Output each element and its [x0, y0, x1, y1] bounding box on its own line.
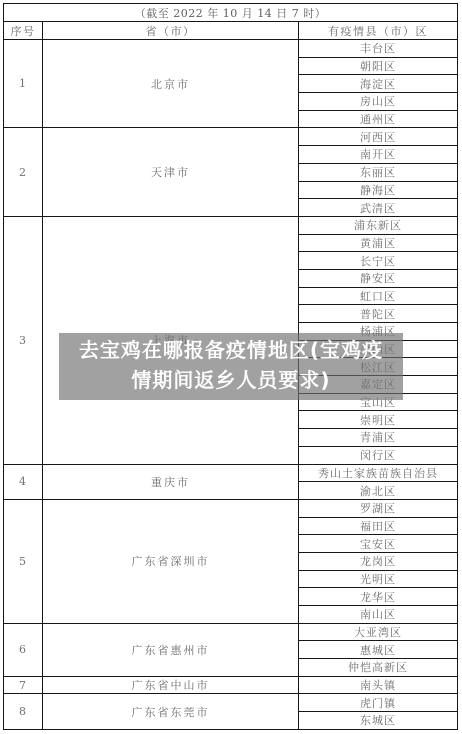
district-cell: 崇明区 [299, 411, 457, 428]
district-cell: 普陀区 [299, 305, 457, 322]
district-cell: 通州区 [299, 111, 457, 128]
district-cell: 南开区 [299, 146, 457, 163]
district-cell: 武清区 [299, 199, 457, 216]
province-cell: 北京市 [43, 40, 298, 127]
province-cell: 广东省惠州市 [43, 624, 298, 676]
header-seq: 序号 [4, 22, 42, 39]
district-cell: 静海区 [299, 182, 457, 199]
header-province: 省（市） [43, 22, 298, 39]
district-cell: 朝阳区 [299, 58, 457, 75]
article-title-overlay: 去宝鸡在哪报备疫情地区(宝鸡疫 情期间返乡人员要求) [59, 333, 403, 400]
district-cell: 青浦区 [299, 429, 457, 446]
overlay-title-line-2: 情期间返乡人员要求) [59, 365, 403, 395]
seq-cell: 3 [4, 217, 42, 464]
header-districts: 有疫情县（市）区 [299, 22, 457, 39]
district-cell: 秀山土家族苗族自治县 [299, 465, 457, 482]
seq-cell: 6 [4, 624, 42, 676]
province-cell: 广东省中山市 [43, 677, 298, 694]
district-cell: 渝北区 [299, 482, 457, 499]
district-cell: 东丽区 [299, 164, 457, 181]
district-cell: 东城区 [299, 712, 457, 729]
seq-cell: 1 [4, 40, 42, 127]
seq-cell: 4 [4, 465, 42, 499]
district-cell: 闵行区 [299, 447, 457, 464]
district-cell: 大亚湾区 [299, 624, 457, 641]
district-cell: 福田区 [299, 518, 457, 535]
district-cell: 房山区 [299, 93, 457, 110]
district-cell: 光明区 [299, 571, 457, 588]
district-cell: 浦东新区 [299, 217, 457, 234]
district-cell: 惠城区 [299, 641, 457, 658]
district-cell: 虎门镇 [299, 694, 457, 711]
province-cell: 天津市 [43, 128, 298, 215]
seq-cell: 8 [4, 694, 42, 728]
seq-cell: 2 [4, 128, 42, 215]
district-cell: 罗湖区 [299, 500, 457, 517]
district-cell: 长宁区 [299, 252, 457, 269]
district-cell: 南头镇 [299, 677, 457, 694]
district-cell: 静安区 [299, 270, 457, 287]
district-cell: 丰台区 [299, 40, 457, 57]
district-cell: 宝安区 [299, 535, 457, 552]
table-caption: （截至 2022 年 10 月 14 日 7 时） [4, 4, 457, 21]
district-cell: 河西区 [299, 128, 457, 145]
district-cell: 龙华区 [299, 588, 457, 605]
province-cell: 广东省深圳市 [43, 500, 298, 623]
district-cell: 虹口区 [299, 288, 457, 305]
province-cell: 广东省东莞市 [43, 694, 298, 728]
district-cell: 海淀区 [299, 75, 457, 92]
district-cell: 龙岗区 [299, 553, 457, 570]
province-cell: 重庆市 [43, 465, 298, 499]
seq-cell: 7 [4, 677, 42, 694]
district-cell: 黄浦区 [299, 235, 457, 252]
district-cell: 仲恺高新区 [299, 659, 457, 676]
overlay-title-line-1: 去宝鸡在哪报备疫情地区(宝鸡疫 [59, 335, 403, 365]
district-cell: 南山区 [299, 606, 457, 623]
seq-cell: 5 [4, 500, 42, 623]
